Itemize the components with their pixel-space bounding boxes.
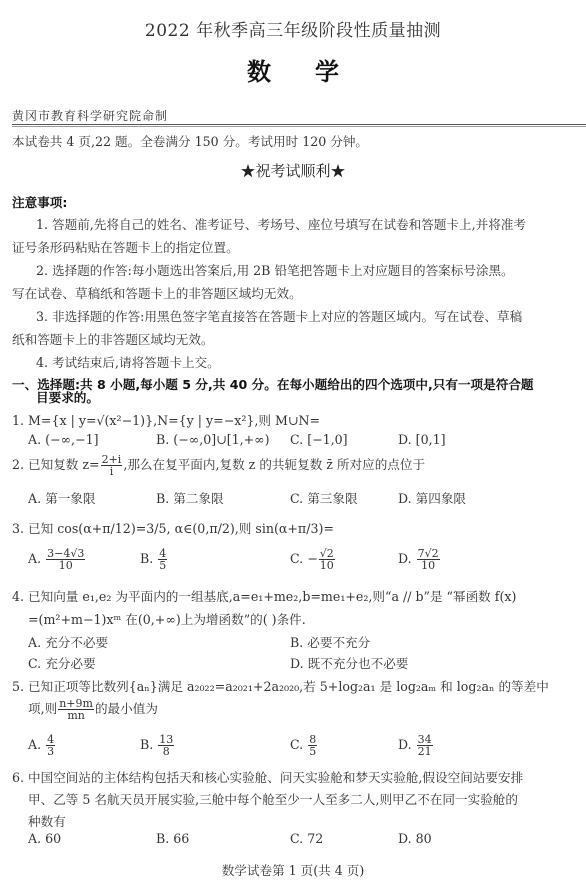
- q2-option-c: C. 第三象限: [290, 488, 358, 507]
- header-rule: [12, 124, 586, 127]
- denominator: mn: [58, 710, 94, 721]
- q1-option-b: B. (−∞,0]∪[1,+∞): [156, 432, 270, 447]
- option-fraction: 43: [46, 734, 55, 757]
- q2-stem-post: ,那么在复平面内,复数 z 的共轭复数 z̄ 所对应的点位于: [123, 457, 425, 472]
- q3-option-b: B. 45: [140, 548, 168, 571]
- note-1-line1: 1. 答题前,先将自己的姓名、准考证号、考场号、座位号填写在试卷和答题卡上,并将…: [36, 214, 526, 233]
- note-2-line2: 写在试卷、草稿纸和答题卡上的非答题区域均无效。: [12, 283, 302, 302]
- q6-stem-line3: 种数有: [28, 811, 66, 830]
- option-label: B.: [140, 737, 153, 752]
- section1-heading-line2: 目要求的。: [36, 387, 99, 406]
- q6-option-c: C. 72: [290, 831, 323, 846]
- option-label: D.: [398, 551, 412, 566]
- denominator: 21: [417, 746, 433, 757]
- option-fraction: 85: [308, 734, 317, 757]
- option-label: D.: [398, 737, 412, 752]
- option-label: A.: [28, 551, 41, 566]
- option-label: C.: [290, 737, 303, 752]
- q5-option-a: A. 43: [28, 734, 56, 757]
- q5-option-b: B. 138: [140, 734, 175, 757]
- denominator: 10: [319, 560, 335, 571]
- option-fraction: 45: [158, 548, 167, 571]
- q5-stem-pre: 项,则: [28, 701, 57, 716]
- subject-char: 学: [315, 52, 339, 87]
- denominator: 5: [308, 746, 317, 757]
- denominator: 10: [417, 560, 440, 571]
- q6-stem-line2: 甲、乙等 5 名航天员开展实验,三舱中每个舱至少一人至多二人,则甲乙不在同一实验…: [28, 789, 518, 808]
- denominator: 5: [158, 560, 167, 571]
- q3-option-c: C. −√210: [290, 548, 336, 571]
- note-4-line1: 4. 考试结束后,请将答题卡上交。: [36, 352, 220, 371]
- note-1-line2: 证号条形码粘贴在答题卡上的指定位置。: [12, 237, 239, 256]
- q1-option-d: D. [0,1]: [398, 432, 446, 447]
- q5-stem-line1: 5. 已知正项等比数列{aₙ}满足 a₂₀₂₂=a₂₀₂₁+2a₂₀₂₀,若 5…: [12, 676, 549, 695]
- q2-stem: 2. 已知复数 z=2+ii,那么在复平面内,复数 z 的共轭复数 z̄ 所对应…: [12, 454, 425, 477]
- q5-stem-post: 的最小值为: [95, 701, 158, 716]
- q4-stem-line2: =(m²+m−1)xᵐ 在(0,+∞)上为增函数”的( )条件.: [28, 609, 306, 628]
- denominator: 10: [46, 560, 85, 571]
- subject-title: 数学: [0, 52, 586, 87]
- denominator: 3: [46, 746, 55, 757]
- denominator: i: [101, 466, 123, 477]
- option-fraction: √210: [319, 548, 335, 571]
- option-fraction: 138: [158, 734, 174, 757]
- q1-option-a: A. (−∞,−1]: [28, 432, 99, 447]
- q6-option-d: D. 80: [398, 831, 432, 846]
- q4-option-c: C. 充分必要: [28, 653, 96, 672]
- page-footer: 数学试卷第 1 页(共 4 页): [0, 860, 586, 879]
- q6-stem-line1: 6. 中国空间站的主体结构包括天和核心实验舱、问天实验舱和梦天实验舱,假设空间站…: [12, 767, 523, 786]
- q3-stem: 3. 已知 cos(α+π/12)=3/5, α∈(0,π/2),则 sin(α…: [12, 518, 334, 537]
- q2-option-b: B. 第二象限: [156, 488, 224, 507]
- option-fraction: 3421: [417, 734, 433, 757]
- q3-option-a: A. 3−4√310: [28, 548, 86, 571]
- note-2-line1: 2. 选择题的作答:每小题选出答案后,用 2B 铅笔把答题卡上对应题目的答案标号…: [36, 260, 514, 279]
- q4-option-d: D. 既不充分也不必要: [290, 653, 408, 672]
- q1-stem: 1. M={x | y=√(x²−1)},N={y | y=−x²},则 M∪N…: [12, 410, 320, 429]
- note-3-line1: 3. 非选择题的作答:用黑色签字笔直接答在答题卡上对应的答题区域内。写在试卷、草…: [36, 306, 522, 325]
- exam-title: 2022 年秋季高三年级阶段性质量抽测: [0, 16, 586, 41]
- option-fraction: 7√210: [417, 548, 440, 571]
- q4-option-b: B. 必要不充分: [290, 632, 370, 651]
- q5-option-d: D. 3421: [398, 734, 434, 757]
- option-label: B.: [140, 551, 153, 566]
- good-luck-banner: ★祝考试顺利★: [0, 160, 586, 181]
- option-label: A.: [28, 737, 41, 752]
- notes-heading: 注意事项:: [12, 192, 67, 211]
- q2-option-d: D. 第四象限: [398, 488, 466, 507]
- q4-option-a: A. 充分不必要: [28, 632, 108, 651]
- subject-char: 数: [247, 52, 271, 87]
- note-3-line2: 纸和答题卡上的非答题区域均无效。: [12, 329, 214, 348]
- q1-option-c: C. [−1,0]: [290, 432, 348, 447]
- option-label: C. −: [290, 551, 318, 566]
- exam-info: 本试卷共 4 页,22 题。全卷满分 150 分。考试用时 120 分钟。: [12, 131, 368, 150]
- q6-option-a: A. 60: [28, 831, 61, 846]
- q6-option-b: B. 66: [156, 831, 189, 846]
- organization: 黄冈市教育科学研究院命制: [12, 107, 168, 124]
- option-fraction: 3−4√310: [46, 548, 85, 571]
- q5-option-c: C. 85: [290, 734, 318, 757]
- q3-option-d: D. 7√210: [398, 548, 441, 571]
- q5-stem-line2: 项,则n+9mmn的最小值为: [28, 698, 158, 721]
- q5-fraction: n+9mmn: [58, 698, 94, 721]
- denominator: 8: [158, 746, 174, 757]
- q2-option-a: A. 第一象限: [28, 488, 95, 507]
- q4-stem-line1: 4. 已知向量 e₁,e₂ 为平面内的一组基底,a=e₁+me₂,b=me₁+e…: [12, 586, 516, 605]
- q2-stem-pre: 2. 已知复数 z=: [12, 457, 100, 472]
- q2-fraction: 2+ii: [101, 454, 123, 477]
